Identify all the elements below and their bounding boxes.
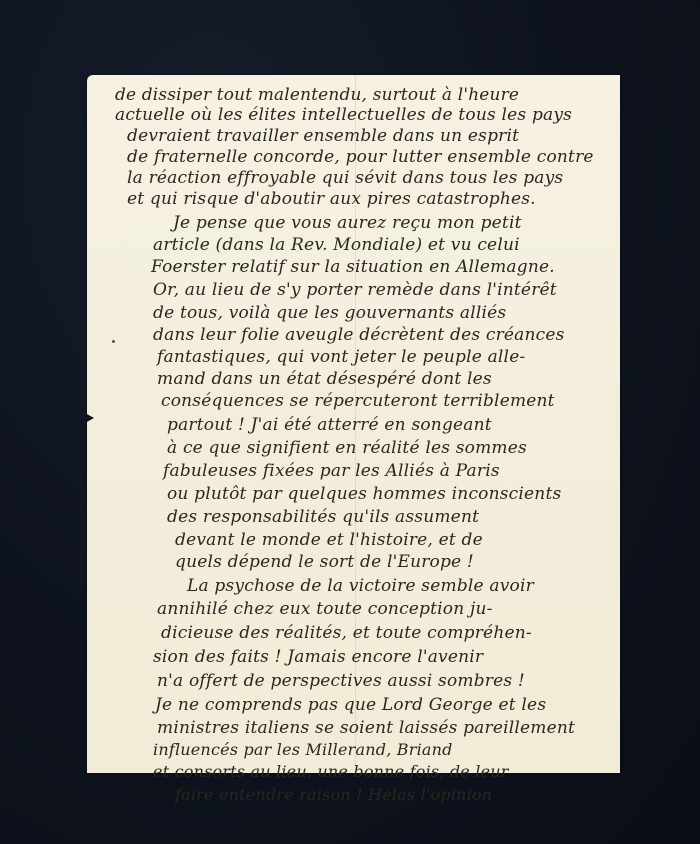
text-line: fabuleuses fixées par les Alliés à Paris <box>163 461 500 481</box>
text-line: la réaction effroyable qui sévit dans to… <box>127 168 563 188</box>
text-line: annihilé chez eux toute conception ju- <box>157 599 493 619</box>
text-line: mand dans un état désespéré dont les <box>157 369 492 389</box>
text-line: dans leur folie aveugle décrètent des cr… <box>153 325 565 345</box>
text-line: quels dépend le sort de l'Europe ! <box>175 552 474 572</box>
text-line: faire entendre raison ! Hélas l'opinion <box>175 785 492 804</box>
text-line: sion des faits ! Jamais encore l'avenir <box>153 647 483 667</box>
text-line: influencés par les Millerand, Briand <box>153 740 453 759</box>
text-line: ou plutôt par quelques hommes inconscien… <box>167 484 561 504</box>
text-line: Foerster relatif sur la situation en All… <box>151 257 555 277</box>
text-line: actuelle où les élites intellectuelles d… <box>115 105 572 125</box>
text-line: dicieuse des réalités, et toute compréhe… <box>161 623 532 643</box>
text-line: à ce que signifient en réalité les somme… <box>167 438 527 458</box>
text-line: n'a offert de perspectives aussi sombres… <box>157 671 525 691</box>
text-line: ministres italiens se soient laissés par… <box>157 718 575 738</box>
handwritten-text: de dissiper tout malentendu, surtout à l… <box>87 75 620 773</box>
text-line: Je ne comprends pas que Lord George et l… <box>155 695 546 715</box>
text-line: de dissiper tout malentendu, surtout à l… <box>115 85 612 105</box>
text-line: partout ! J'ai été atterré en songeant <box>167 415 492 435</box>
text-line: fantastiques, qui vont jeter le peuple a… <box>157 347 525 367</box>
text-line: Or, au lieu de s'y porter remède dans l'… <box>153 280 557 300</box>
text-line: devant le monde et l'histoire, et de <box>175 530 483 550</box>
text-line: de fraternelle concorde, pour lutter ens… <box>127 147 594 167</box>
text-line: de tous, voilà que les gouvernants allié… <box>153 303 506 323</box>
letter-page: de dissiper tout malentendu, surtout à l… <box>87 75 620 773</box>
text-line: Je pense que vous aurez reçu mon petit <box>173 213 522 233</box>
text-line: devraient travailler ensemble dans un es… <box>127 126 519 146</box>
text-line: article (dans la Rev. Mondiale) et vu ce… <box>153 235 520 255</box>
text-line: des responsabilités qu'ils assument <box>167 507 479 527</box>
text-line: et qui risque d'aboutir aux pires catast… <box>127 189 536 209</box>
text-line: conséquences se répercuteront terribleme… <box>161 391 555 411</box>
text-line: La psychose de la victoire semble avoir <box>187 576 534 596</box>
text-line: et consorts au lieu, une bonne fois, de … <box>153 762 509 781</box>
